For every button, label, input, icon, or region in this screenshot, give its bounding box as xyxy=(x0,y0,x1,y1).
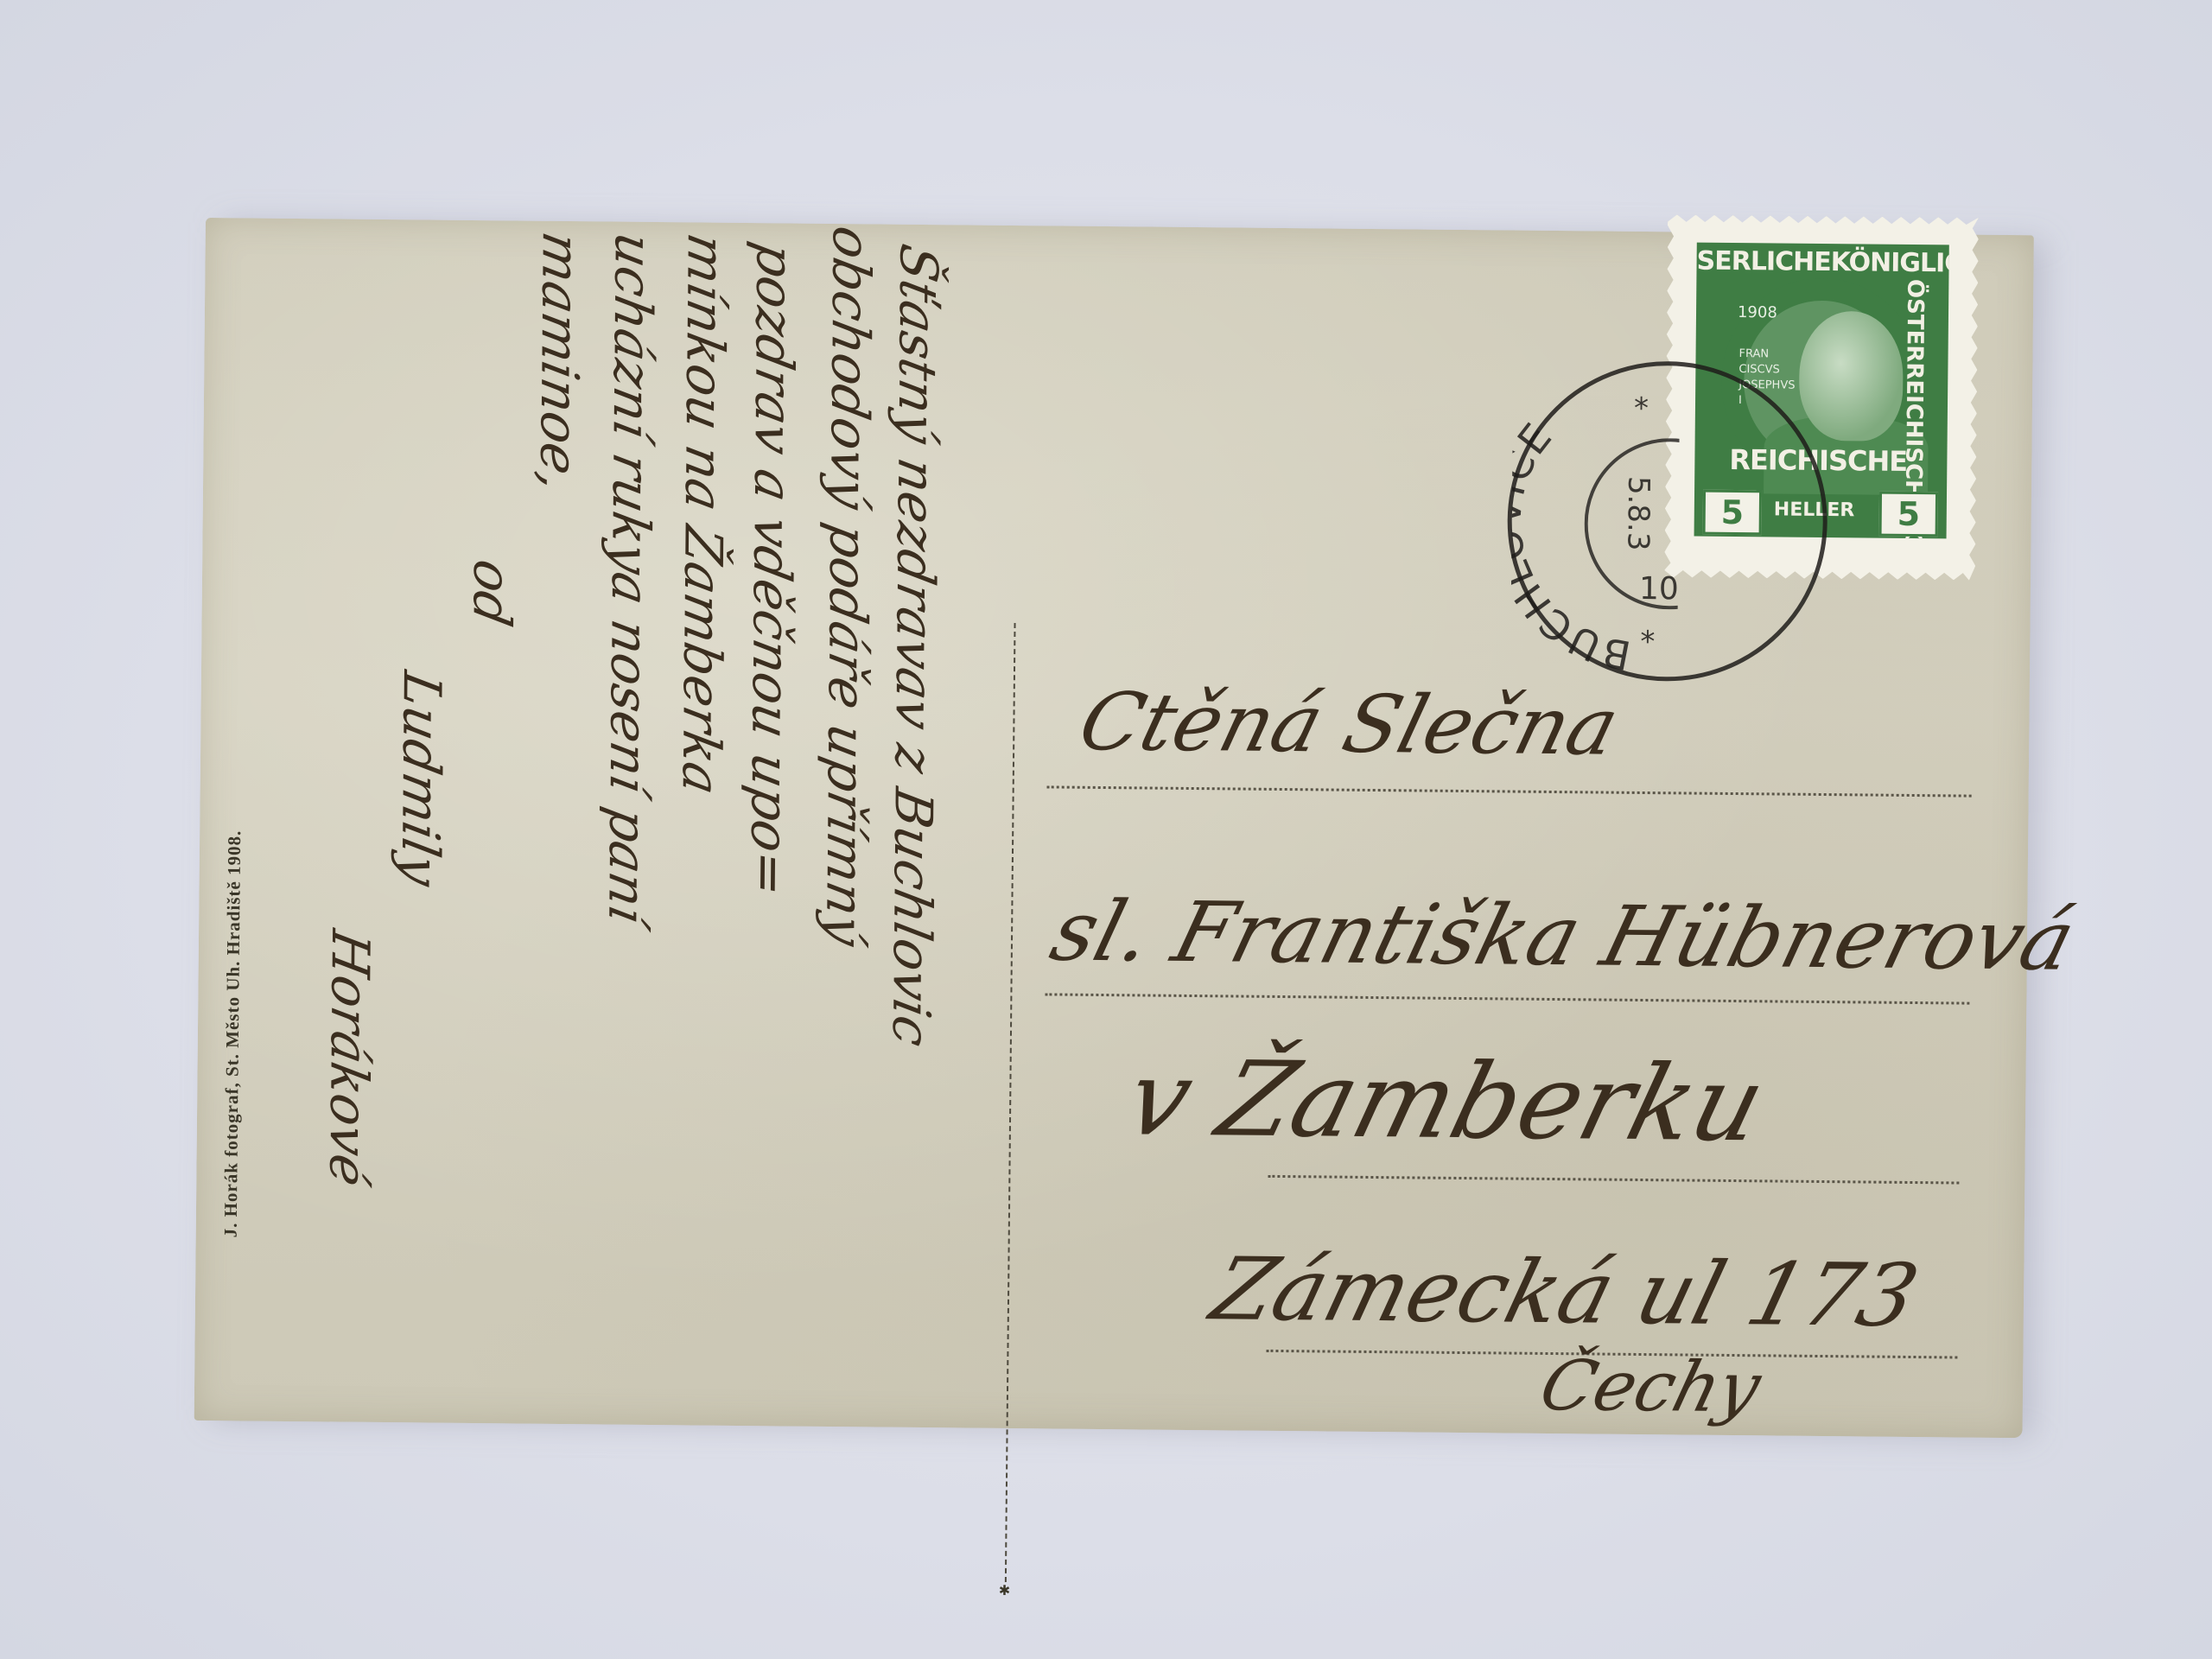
postmark-date: 5.8.3 xyxy=(1620,476,1656,551)
photographer-imprint: J. Horák fotograf, St. Město Uh. Hradišt… xyxy=(220,830,246,1238)
address-street: Zámecká ul 173 xyxy=(1202,1238,1928,1345)
postmark-star-icon: * xyxy=(1640,625,1655,659)
divider-star: ✱ xyxy=(999,1582,1011,1599)
postmark-star-icon: * xyxy=(1634,391,1649,426)
address-dotted-line xyxy=(1268,1175,1959,1185)
message-line: mínkou na Žamberka xyxy=(671,229,736,799)
message-line: maminoe, xyxy=(528,227,591,496)
message-line: Ludmily xyxy=(390,667,452,891)
message-line: od xyxy=(461,556,523,632)
stamp-year: 1908 xyxy=(1738,303,1777,321)
address-salutation: Ctěná Slečna xyxy=(1071,676,1628,773)
address-town: v Žamberku xyxy=(1115,1039,1777,1165)
message-line: Šťastný nezdravav z Buchlovic xyxy=(880,239,949,1051)
message-line: obchodový podáře upřímný xyxy=(814,221,881,950)
svg-text:BUCHLOVICE: BUCHLOVICE xyxy=(1510,413,1637,678)
postmark-town: BUCHLOVICE xyxy=(1510,413,1637,678)
postmark-town-arc: BUCHLOVICE xyxy=(1510,365,1824,678)
message-line: Horákové xyxy=(317,925,380,1192)
stamp-value-right: 5 xyxy=(1879,492,1938,537)
message-line: ucházní rukya nosení paní xyxy=(596,228,664,929)
postmark-cancellation: BUCHLOVICE 5.8.3 10 * * xyxy=(1506,359,1829,683)
postmark-hour: 10 xyxy=(1639,571,1679,607)
address-country: Čechy xyxy=(1532,1345,1769,1427)
postcard: J. Horák fotograf, St. Město Uh. Hradišt… xyxy=(194,218,2034,1438)
stamp-top-inscription: SERLICHEKÖNIGLICHE xyxy=(1696,246,1948,279)
message-line: pozdrav a vděčnou upo= xyxy=(739,238,805,901)
address-recipient: sl. Františka Hübnerová xyxy=(1042,883,2085,989)
